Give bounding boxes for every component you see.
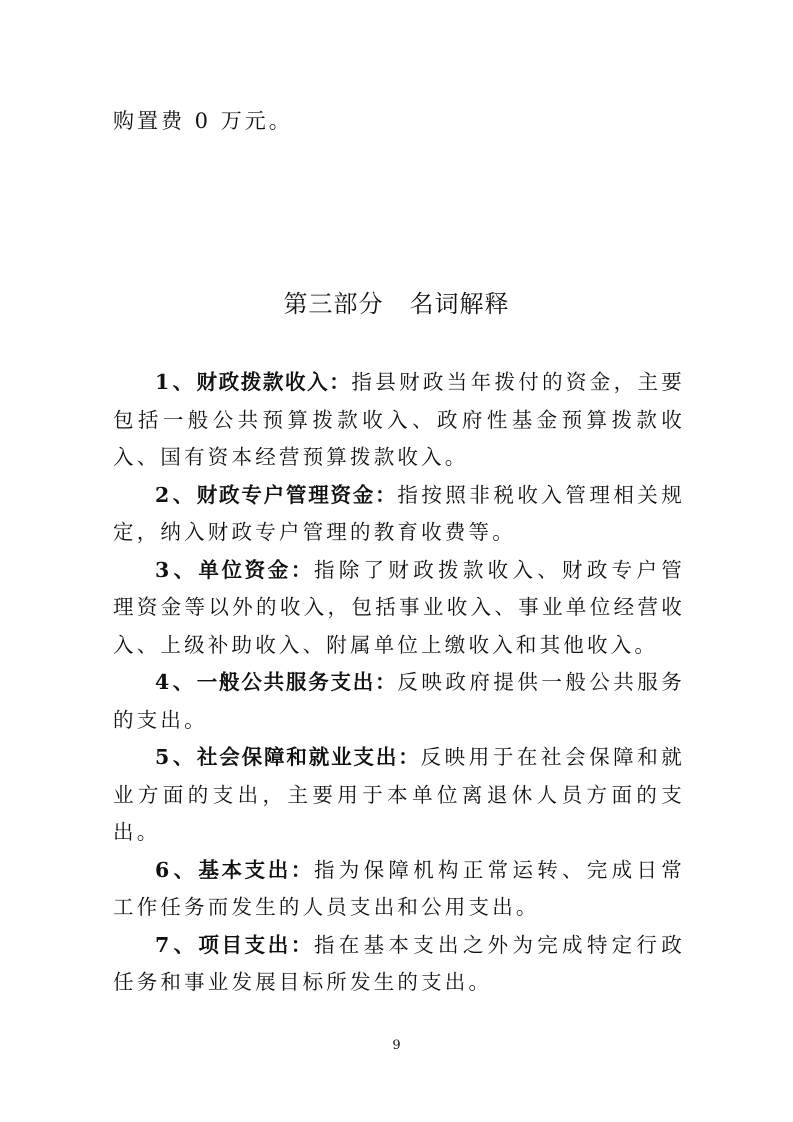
- definition-number: 7、: [155, 933, 198, 957]
- document-page: 购置费 0 万元。 第三部分名词解释 1、财政拨款收入：指县财政当年拨付的资金，…: [0, 0, 793, 1122]
- definition-item: 1、财政拨款收入：指县财政当年拨付的资金，主要包括一般公共预算拨款收入、政府性基…: [113, 364, 685, 477]
- definition-item: 5、社会保障和就业支出：反映用于在社会保障和就业方面的支出，主要用于本单位离退休…: [113, 739, 685, 852]
- definition-term: 单位资金：: [198, 558, 314, 582]
- definition-number: 2、: [155, 483, 197, 507]
- carryover-text: 购置费 0 万元。: [113, 104, 293, 138]
- definition-number: 4、: [155, 670, 197, 694]
- definition-term: 财政拨款收入：: [196, 370, 351, 394]
- section-part-label: 第三部分: [284, 290, 384, 318]
- definition-item: 2、财政专户管理资金：指按照非税收入管理相关规定，纳入财政专户管理的教育收费等。: [113, 477, 685, 552]
- definitions-list: 1、财政拨款收入：指县财政当年拨付的资金，主要包括一般公共预算拨款收入、政府性基…: [113, 364, 685, 1002]
- definition-term: 一般公共服务支出：: [197, 670, 398, 694]
- section-title-label: 名词解释: [410, 290, 510, 318]
- definition-term: 基本支出：: [198, 858, 314, 882]
- definition-number: 3、: [155, 558, 198, 582]
- page-number: 9: [0, 1038, 793, 1054]
- definition-item: 6、基本支出：指为保障机构正常运转、完成日常工作任务而发生的人员支出和公用支出。: [113, 852, 685, 927]
- definition-number: 1、: [155, 370, 196, 394]
- definition-term: 财政专户管理资金：: [197, 483, 398, 507]
- definition-item: 3、单位资金：指除了财政拨款收入、财政专户管理资金等以外的收入，包括事业收入、事…: [113, 552, 685, 665]
- definition-term: 项目支出：: [198, 933, 314, 957]
- section-heading: 第三部分名词解释: [0, 286, 793, 322]
- definition-number: 5、: [155, 745, 197, 769]
- definition-number: 6、: [155, 858, 198, 882]
- definition-item: 7、项目支出：指在基本支出之外为完成特定行政任务和事业发展目标所发生的支出。: [113, 927, 685, 1002]
- definition-item: 4、一般公共服务支出：反映政府提供一般公共服务的支出。: [113, 664, 685, 739]
- definition-term: 社会保障和就业支出：: [197, 745, 421, 769]
